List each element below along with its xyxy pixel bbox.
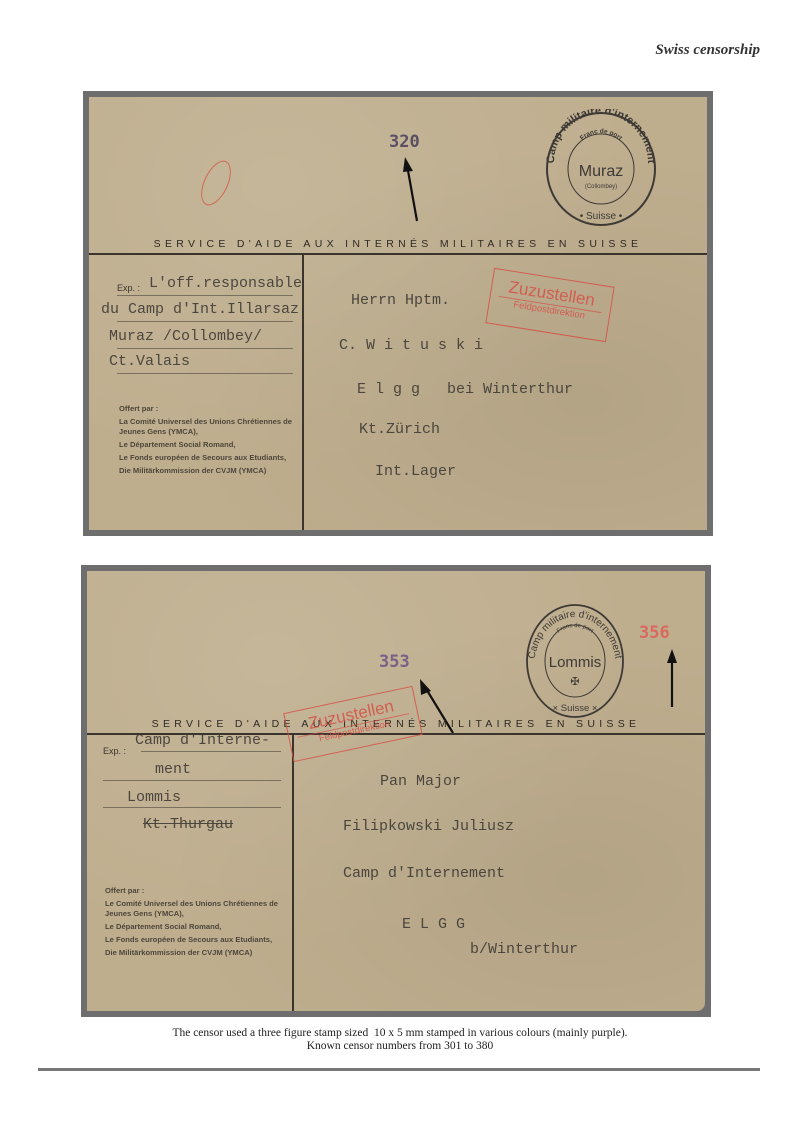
sender-line-4: Ct.Valais [109, 353, 190, 370]
zuzustellen-stamp: Zuzustellen Feldpostdirektion [283, 686, 423, 762]
offert-item: Die Militärkommission der CVJM (YMCA) [119, 466, 299, 476]
censor-number-353: 353 [379, 652, 410, 672]
address-line-3: E l g g bei Winterthur [357, 381, 573, 398]
svg-text:× Suisse ×: × Suisse × [553, 703, 598, 714]
offert-item: Le Département Social Romand, [105, 922, 285, 932]
svg-text:Lommis: Lommis [549, 654, 602, 671]
svg-text:Camp militaire d'internement: Camp militaire d'internement [527, 609, 624, 660]
sender-rule [117, 348, 293, 349]
offert-item: Le Fonds européen de Secours aux Etudian… [119, 453, 299, 463]
sender-line-1: Camp d'Interne- [135, 732, 270, 749]
address-line-5: Int.Lager [375, 463, 456, 480]
divider-rule [292, 733, 294, 1011]
offert-item: Le Fonds européen de Secours aux Etudian… [105, 935, 285, 945]
offert-item: Le Comité Universel des Unions Chrétienn… [105, 899, 285, 919]
page-title: Swiss censorship [655, 42, 760, 59]
red-pencil-oval [195, 156, 237, 210]
service-header: SERVICE D'AIDE AUX INTERNÉS MILITAIRES E… [89, 238, 707, 250]
offert-par-block: Offert par : La Comité Universel des Uni… [119, 404, 299, 479]
svg-text:• Suisse •: • Suisse • [580, 211, 623, 222]
address-line-1: Pan Major [380, 773, 461, 790]
footer-rule [38, 1068, 760, 1071]
address-line-2: Filipkowski Juliusz [343, 818, 514, 835]
offert-heading: Offert par : [105, 886, 285, 896]
camp-postmark-muraz: Camp militaire d'internement Franc de po… [541, 109, 661, 229]
sender-label: Exp. : [117, 283, 140, 293]
arrow-icon [402, 155, 422, 225]
caption-line-1: The censor used a three figure stamp siz… [0, 1027, 800, 1040]
zuzustellen-stamp: Zuzustellen Feldpostdirektion [485, 268, 614, 342]
sender-rule [117, 295, 293, 296]
header-rule [89, 253, 707, 255]
caption-line-2: Known censor numbers from 301 to 380 [0, 1040, 800, 1053]
offert-heading: Offert par : [119, 404, 299, 414]
sender-rule [103, 780, 281, 781]
envelope-photo-1: 320 Camp militaire d'internement Franc d… [83, 91, 713, 536]
sender-rule [117, 373, 293, 374]
sender-rule [103, 807, 281, 808]
offert-item: Die Militärkommission der CVJM (YMCA) [105, 948, 285, 958]
svg-text:Muraz: Muraz [579, 163, 623, 180]
sender-line-2: ment [155, 761, 191, 778]
sender-line-2: du Camp d'Int.Illarsaz [101, 301, 299, 318]
address-line-4: Kt.Zürich [359, 421, 440, 438]
svg-text:✠: ✠ [570, 675, 579, 688]
sender-line-4: Kt.Thurgau [143, 816, 233, 833]
censor-number-320: 320 [389, 132, 420, 152]
envelope-photo-2: 353 Camp militaire d'internement Franc d… [81, 565, 711, 1017]
svg-text:Franc de port: Franc de port [556, 623, 594, 635]
offert-item: Le Département Social Romand, [119, 440, 299, 450]
caption: The censor used a three figure stamp siz… [0, 1027, 800, 1053]
sender-line-1: L'off.responsable [149, 275, 302, 292]
offert-item: La Comité Universel des Unions Chrétienn… [119, 417, 299, 437]
censor-number-356: 356 [639, 623, 670, 643]
arrow-icon [665, 649, 679, 709]
envelope-1: 320 Camp militaire d'internement Franc d… [89, 97, 707, 530]
address-line-5: b/Winterthur [470, 941, 578, 958]
address-line-2: C. W i t u s k i [339, 337, 483, 354]
sender-line-3: Lommis [127, 789, 181, 806]
offert-par-block: Offert par : Le Comité Universel des Uni… [105, 886, 285, 961]
sender-label: Exp. : [103, 746, 126, 756]
envelope-2: 353 Camp militaire d'internement Franc d… [87, 571, 705, 1011]
address-line-3: Camp d'Internement [343, 865, 505, 882]
address-line-4: E L G G [402, 916, 465, 933]
sender-rule [141, 751, 281, 752]
svg-text:Franc de port: Franc de port [579, 128, 624, 142]
sender-line-3: Muraz /Collombey/ [109, 328, 262, 345]
svg-text:Camp militaire d'internement: Camp militaire d'internement [545, 109, 657, 164]
camp-postmark-lommis: Camp militaire d'internement Franc de po… [522, 601, 628, 721]
address-line-1: Herrn Hptm. [351, 292, 450, 309]
svg-text:(Collombey): (Collombey) [585, 184, 617, 190]
sender-rule [117, 321, 293, 322]
divider-rule [302, 253, 304, 530]
